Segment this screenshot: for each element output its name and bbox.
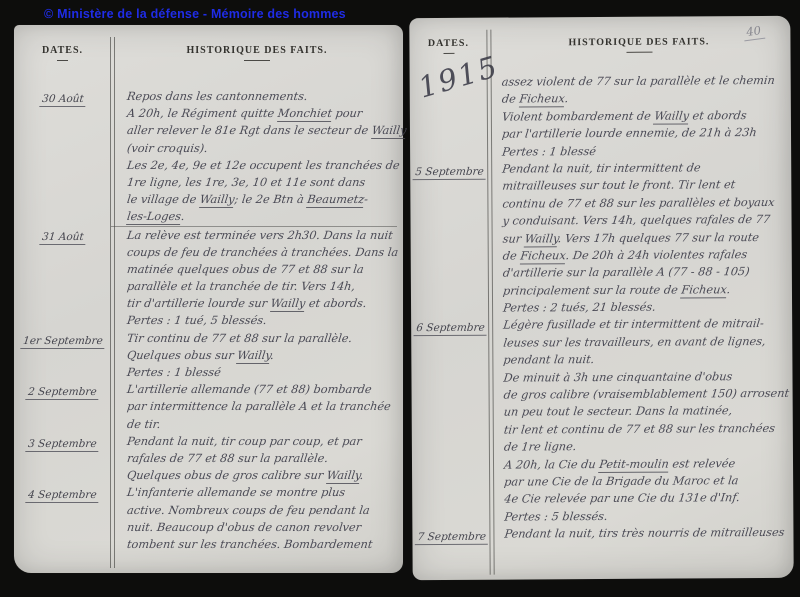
entry-line: d'artillerie sur la parallèle A (77 - 88… bbox=[502, 263, 788, 282]
header-dash bbox=[57, 60, 68, 61]
entry-line: de Ficheux. bbox=[501, 89, 787, 108]
entry-date: 4 Septembre bbox=[14, 484, 111, 503]
entry-line: parallèle et la tranchée de tir. Vers 14… bbox=[126, 278, 399, 295]
journal-entry: 1er SeptembreTir continu de 77 et 88 sur… bbox=[14, 330, 397, 382]
entry-date: 6 Septembre bbox=[411, 317, 489, 336]
entry-text: Repos dans les cantonnements.A 20h, le R… bbox=[111, 88, 405, 226]
entry-line: Les 2e, 4e, 9e et 12e occupent les tranc… bbox=[126, 157, 408, 174]
dates-column-header: DATES. bbox=[14, 45, 111, 61]
entry-line: De minuit à 3h une cinquantaine d'obus bbox=[503, 367, 790, 386]
entry-date-label: 1er Septembre bbox=[20, 335, 105, 349]
entry-date-label: 4 Septembre bbox=[26, 489, 100, 503]
entry-line: aller relever le 81e Rgt dans le secteur… bbox=[126, 122, 408, 139]
entry-line: Pendant la nuit, tirs très nourris de mi… bbox=[503, 524, 789, 543]
entry-line: A 20h, la Cie du Petit-moulin est relevé… bbox=[503, 454, 790, 473]
entry-line: Violent bombardement de Wailly et abords bbox=[501, 107, 787, 126]
scan-page-left: DATES. HISTORIQUE DES FAITS. 30 AoûtRepo… bbox=[14, 25, 403, 573]
entry-line: active. Nombreux coups de feu pendant la bbox=[126, 502, 399, 519]
entry-line: Pertes : 1 blessé bbox=[126, 364, 399, 381]
entry-line: Légère fusillade et tir intermittent de … bbox=[502, 315, 789, 334]
entry-line: par intermittence la parallèle A et la t… bbox=[126, 398, 399, 415]
dates-header-label: DATES. bbox=[42, 45, 83, 56]
entry-date: 30 Août bbox=[14, 88, 111, 107]
entry-text: Tir continu de 77 et 88 sur la parallèle… bbox=[111, 330, 397, 382]
entry-line: A 20h, le Régiment quitte Monchiet pour bbox=[126, 105, 408, 122]
entry-line: principalement sur la route de Ficheux. bbox=[502, 281, 788, 300]
copyright-watermark: © Ministère de la défense - Mémoire des … bbox=[44, 7, 346, 21]
entry-line: 1re ligne, les 1re, 3e, 10 et 11e sont d… bbox=[126, 174, 408, 191]
entry-line: mitrailleuses sur tout le front. Tir len… bbox=[501, 176, 787, 195]
entry-line: tir d'artillerie lourde sur Wailly et ab… bbox=[126, 295, 399, 312]
entry-line: continu de 77 et 88 sur les parallèles e… bbox=[501, 194, 787, 213]
journal-entry: 7 SeptembrePendant la nuit, tirs très no… bbox=[412, 524, 787, 545]
entry-date-label: 5 Septembre bbox=[412, 166, 486, 180]
entry-line: tir lent et continu de 77 et 88 sur les … bbox=[503, 420, 790, 439]
entry-line: y conduisant. Vers 14h, quelques rafales… bbox=[502, 211, 788, 230]
entry-date: 2 Septembre bbox=[14, 381, 111, 400]
table-header: DATES. HISTORIQUE DES FAITS. bbox=[409, 36, 790, 54]
entry-line: Tir continu de 77 et 88 sur la parallèle… bbox=[126, 330, 399, 347]
entry-date-label: 6 Septembre bbox=[413, 322, 487, 336]
journal-entry: 5 SeptembrePendant la nuit, tir intermit… bbox=[410, 159, 786, 318]
entry-date-label: 2 Septembre bbox=[26, 386, 100, 400]
viewer-background: © Ministère de la défense - Mémoire des … bbox=[0, 0, 800, 597]
journal-entry: 2 SeptembreL'artillerie allemande (77 et… bbox=[14, 381, 397, 433]
entry-line: Pendant la nuit, tir coup par coup, et p… bbox=[126, 433, 399, 450]
entry-line: par une Cie de la Brigade du Maroc et la bbox=[503, 472, 790, 491]
dates-header-label: DATES. bbox=[428, 38, 469, 49]
entry-date: 1er Septembre bbox=[14, 330, 111, 349]
entry-line: La relève est terminée vers 2h30. Dans l… bbox=[126, 227, 399, 244]
entry-line: Quelques obus de gros calibre sur Wailly… bbox=[126, 467, 399, 484]
header-dash bbox=[443, 53, 454, 54]
entry-line: L'artillerie allemande (77 et 88) bombar… bbox=[126, 381, 399, 398]
entry-line: rafales de 77 et 88 sur la parallèle. bbox=[126, 450, 399, 467]
entry-text: assez violent de 77 sur la parallèle et … bbox=[488, 72, 786, 161]
entry-date: 3 Septembre bbox=[14, 433, 111, 452]
journal-entry: 4 SeptembreL'infanterie allemande se mon… bbox=[14, 484, 397, 553]
journal-entry: assez violent de 77 sur la parallèle et … bbox=[410, 72, 786, 161]
entry-line: le village de Wailly; le 2e Btn à Beaume… bbox=[126, 191, 408, 208]
journal-entry: 30 AoûtRepos dans les cantonnements.A 20… bbox=[14, 88, 397, 226]
entry-text: L'infanterie allemande se montre plusact… bbox=[111, 484, 397, 553]
entry-date: 7 Septembre bbox=[412, 526, 490, 545]
entry-line: Pertes : 5 blessés. bbox=[503, 507, 790, 526]
entry-date: 31 Août bbox=[14, 226, 111, 245]
entry-date-label: 3 Septembre bbox=[26, 438, 100, 452]
entry-text: Pendant la nuit, tir coup par coup, et p… bbox=[111, 433, 397, 485]
entry-line: de Ficheux. De 20h à 24h violentes rafal… bbox=[502, 246, 788, 265]
entry-line: matinée quelques obus de 77 et 88 sur la bbox=[126, 261, 399, 278]
entry-line: de 1re ligne. bbox=[503, 437, 790, 456]
entry-line: sur Wailly. Vers 17h quelques 77 sur la … bbox=[502, 228, 788, 247]
header-dash bbox=[626, 52, 652, 53]
facts-header-label: HISTORIQUE DES FAITS. bbox=[187, 45, 328, 56]
entry-text: L'artillerie allemande (77 et 88) bombar… bbox=[111, 381, 397, 433]
entry-line: (voir croquis). bbox=[126, 140, 408, 157]
entry-line: pendant la nuit. bbox=[502, 350, 789, 369]
entry-line: coups de feu de tranchées à tranchées. D… bbox=[126, 244, 399, 261]
entry-line: L'infanterie allemande se montre plus bbox=[126, 484, 399, 501]
entry-line: Pendant la nuit, tir intermittent de bbox=[501, 159, 787, 178]
entry-line: un peu tout le secteur. Dans la matinée, bbox=[503, 402, 790, 421]
entry-text: Légère fusillade et tir intermittent de … bbox=[489, 315, 789, 526]
entry-date-label: 31 Août bbox=[39, 231, 86, 245]
scan-page-right: 40 1915 DATES. HISTORIQUE DES FAITS. ass… bbox=[409, 16, 793, 580]
journal-entry: 6 SeptembreLégère fusillade et tir inter… bbox=[411, 315, 787, 526]
entry-date-label: 30 Août bbox=[39, 93, 86, 107]
header-dash bbox=[244, 60, 270, 61]
entry-date-label: 7 Septembre bbox=[415, 531, 489, 545]
entry-date bbox=[410, 74, 488, 75]
journal-entry: 31 AoûtLa relève est terminée vers 2h30.… bbox=[14, 226, 397, 330]
entry-text: Pendant la nuit, tir intermittent demitr… bbox=[488, 159, 786, 317]
entry-date: 5 Septembre bbox=[410, 161, 488, 180]
dates-column-header: DATES. bbox=[409, 38, 487, 54]
entry-line: nuit. Beaucoup d'obus de canon revolver bbox=[126, 519, 399, 536]
entry-line: les-Loges. bbox=[126, 208, 408, 225]
entry-line: par l'artillerie lourde ennemie, de 21h … bbox=[501, 124, 787, 143]
entry-line: tombent sur les tranchées. Bombardement bbox=[126, 536, 399, 553]
journal-entries: 30 AoûtRepos dans les cantonnements.A 20… bbox=[14, 88, 397, 553]
journal-entries: assez violent de 77 sur la parallèle et … bbox=[410, 72, 788, 545]
entry-line: de tir. bbox=[126, 416, 399, 433]
journal-entry: 3 SeptembrePendant la nuit, tir coup par… bbox=[14, 433, 397, 485]
facts-column-header: HISTORIQUE DES FAITS. bbox=[111, 45, 403, 61]
entry-text: La relève est terminée vers 2h30. Dans l… bbox=[111, 226, 397, 330]
entry-line: Repos dans les cantonnements. bbox=[126, 88, 408, 105]
table-header: DATES. HISTORIQUE DES FAITS. bbox=[14, 45, 403, 61]
entry-line: leuses sur les travailleurs, en avant de… bbox=[502, 333, 789, 352]
entry-line: Quelques obus sur Wailly. bbox=[126, 347, 399, 364]
facts-header-label: HISTORIQUE DES FAITS. bbox=[568, 36, 709, 48]
entry-line: Pertes : 1 tué, 5 blessés. bbox=[126, 312, 399, 329]
facts-column-header: HISTORIQUE DES FAITS. bbox=[487, 36, 790, 54]
entry-text: Pendant la nuit, tirs très nourris de mi… bbox=[490, 524, 787, 543]
entry-line: Pertes : 1 blessé bbox=[501, 141, 787, 160]
entry-line: 4e Cie relevée par une Cie du 131e d'Inf… bbox=[503, 489, 790, 508]
